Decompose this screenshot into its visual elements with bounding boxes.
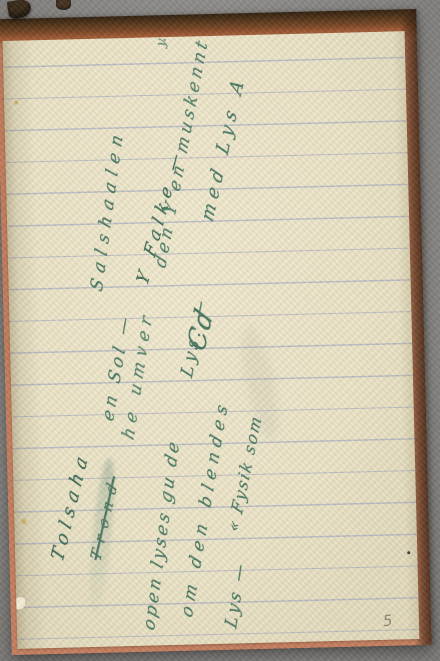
handwriting-line: open lyses gu de <box>139 436 184 633</box>
show-through-stain <box>235 323 285 441</box>
handwriting-line: Salshaalen <box>87 125 128 294</box>
handwriting-stray-mark: y. <box>154 35 170 49</box>
page-number: 5 <box>382 611 394 630</box>
handwriting-line: « Fysik som <box>224 411 266 535</box>
handwriting-line: Lys — <box>221 558 250 631</box>
photo-backdrop: Tolsaha Trond en Sol — Salshaalen open l… <box>0 0 440 661</box>
handwriting-line: den Y en muskennt <box>151 34 213 271</box>
ink-speck <box>407 551 410 554</box>
handwriting-line: om den blendes <box>177 396 233 621</box>
paper-spot <box>21 519 26 525</box>
handwriting-line: Tolsaha <box>48 447 94 565</box>
binding-remnant <box>7 0 33 20</box>
paper-spot <box>14 101 18 105</box>
notebook-page: Tolsaha Trond en Sol — Salshaalen open l… <box>3 31 420 649</box>
handwriting-line: med Lys A <box>197 71 249 225</box>
binding-remnant <box>56 0 71 10</box>
